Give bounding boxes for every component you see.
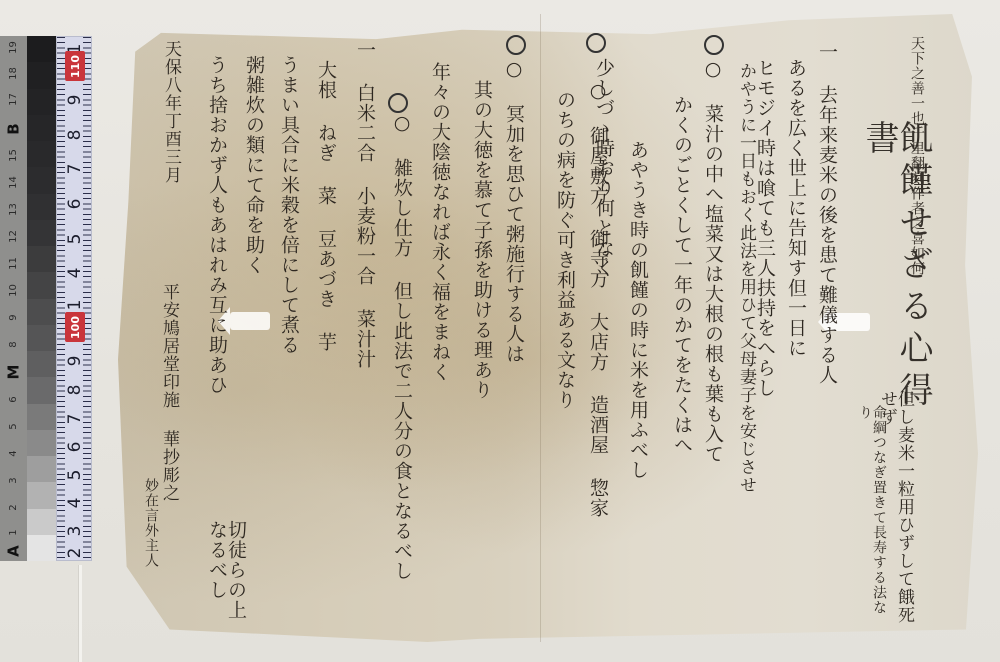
text-column: ○ 菜汁の中へ塩菜又は大根の根も葉も入て — [703, 58, 722, 618]
gray-label: 19 — [8, 34, 19, 61]
ruler-number: 7 — [65, 159, 85, 179]
text-column: ○ 冥加を思ひて粥施行する人は — [504, 58, 523, 618]
ruler-number: 9 — [65, 351, 85, 371]
text-column: ○ 御屋敷方 御寺方 大店方 造酒屋 惣家 — [588, 80, 607, 620]
text-column: 年々の大陰徳なれば永く福をまねく — [430, 62, 449, 622]
circle-mark — [704, 35, 724, 55]
gray-step — [27, 167, 57, 193]
publisher: 平安鳩居堂印施 — [160, 283, 177, 423]
gray-label: 4 — [8, 440, 19, 467]
gray-step — [27, 509, 57, 535]
text-column: のちの病を防ぐ可き利益ある文なり — [555, 90, 574, 610]
mount-edge — [78, 565, 82, 662]
text-column: うち捨おかず人もあはれみ互に助あひ — [207, 55, 226, 535]
gray-step — [27, 325, 57, 351]
ruler-badge-100: 100 — [65, 312, 85, 342]
measurement-ruler: 1 110 9 8 7 6 5 4 1 100 9 8 7 6 5 4 3 2 — [56, 36, 92, 561]
gray-step — [27, 377, 57, 403]
gray-label: 11 — [8, 250, 19, 277]
gray-step — [27, 194, 57, 220]
ruler-number: 2 — [65, 543, 85, 561]
text-column: 一 白米二合 小麦粉一合 菜汁汁 — [355, 40, 374, 620]
gray-label: 6 — [8, 386, 19, 413]
gray-step — [27, 62, 57, 88]
gray-label: 10 — [8, 277, 19, 304]
text-column: 其の大徳を慕て子孫を助ける理あり — [472, 80, 491, 620]
ruler-number: 6 — [65, 194, 85, 214]
gray-label: 3 — [8, 467, 19, 494]
subtitle-note-2: 命綱つなぎ置きて長寿する法なり — [858, 405, 886, 625]
ruler-number: 4 — [65, 263, 85, 283]
gray-label-b: B — [5, 116, 23, 143]
gray-step — [27, 535, 57, 561]
text-column: うまい具合に米穀を倍にして煮る — [279, 55, 298, 615]
text-column: かくのごとくして一年のかてをたくはへ — [672, 95, 691, 615]
ruler-number: 3 — [65, 521, 85, 541]
ruler-number: 9 — [65, 90, 85, 110]
engraver: 華抄彫之 — [160, 430, 177, 510]
gray-label: 13 — [8, 196, 19, 223]
gray-step — [27, 299, 57, 325]
ruler-badge-label: 110 — [69, 55, 82, 78]
gray-step — [27, 404, 57, 430]
gray-label: 15 — [8, 142, 19, 169]
gray-step — [27, 220, 57, 246]
text-column: かやうに一日もおく此法を用ひて父母妻子を安じさせ — [737, 62, 754, 622]
ruler-badge-label: 100 — [69, 316, 82, 339]
ruler-number: 6 — [65, 437, 85, 457]
scale-target: 19 18 17 B 15 14 13 12 11 10 9 8 M 6 5 4… — [0, 36, 94, 561]
document-title: 飢饉せざる心得書 — [862, 120, 930, 420]
text-column: 大根 ねぎ 菜 豆あづき 芋 — [316, 60, 335, 620]
publication-date: 天保八年丁酉三月 — [162, 40, 179, 200]
gray-step — [27, 115, 57, 141]
author-name: 妙在言外主人 — [144, 478, 158, 588]
circle-mark — [586, 33, 606, 53]
ruler-number: 5 — [65, 229, 85, 249]
ruler-number: 8 — [65, 380, 85, 400]
gray-step — [27, 246, 57, 272]
gray-label-a: A — [5, 538, 23, 565]
gray-step — [27, 272, 57, 298]
gray-step — [27, 482, 57, 508]
ruler-number: 4 — [65, 493, 85, 513]
gray-scale-steps — [27, 36, 57, 561]
gray-scale-labels: 19 18 17 B 15 14 13 12 11 10 9 8 M 6 5 4… — [0, 36, 27, 561]
gray-label: 18 — [8, 60, 19, 87]
text-column: ○ 雑炊し仕方 但し此法で二人分の食となるべし — [392, 112, 411, 612]
text-column: あやうき時の飢饉の時に米を用ふべし — [628, 140, 647, 620]
gray-step — [27, 36, 57, 62]
gray-step — [27, 351, 57, 377]
gray-label: 9 — [8, 304, 19, 331]
text-column: 切徒らの上なるべし — [207, 520, 245, 620]
gray-label: 12 — [8, 223, 19, 250]
gray-step — [27, 430, 57, 456]
ruler-number: 8 — [65, 125, 85, 145]
gray-label: 17 — [8, 86, 19, 113]
gray-label: 5 — [8, 413, 19, 440]
gray-step — [27, 456, 57, 482]
ruler-number: 7 — [65, 409, 85, 429]
text-column: あるを広く世上に告知す但一日に — [786, 58, 805, 618]
gray-label-m: M — [5, 359, 23, 386]
text-column: ヒモジイ時は喰ても三人扶持をへらし — [755, 58, 774, 618]
gray-step — [27, 89, 57, 115]
gray-label: 14 — [8, 169, 19, 196]
text-column: 一 去年来麦米の後を患て難儀する人 — [817, 42, 836, 622]
gray-step — [27, 141, 57, 167]
circle-mark — [388, 93, 408, 113]
ruler-number: 5 — [65, 465, 85, 485]
ruler-badge-110: 110 — [65, 51, 85, 81]
gray-label: 2 — [8, 494, 19, 521]
fold-line — [540, 14, 541, 642]
circle-mark — [506, 35, 526, 55]
gray-label: 8 — [8, 331, 19, 358]
